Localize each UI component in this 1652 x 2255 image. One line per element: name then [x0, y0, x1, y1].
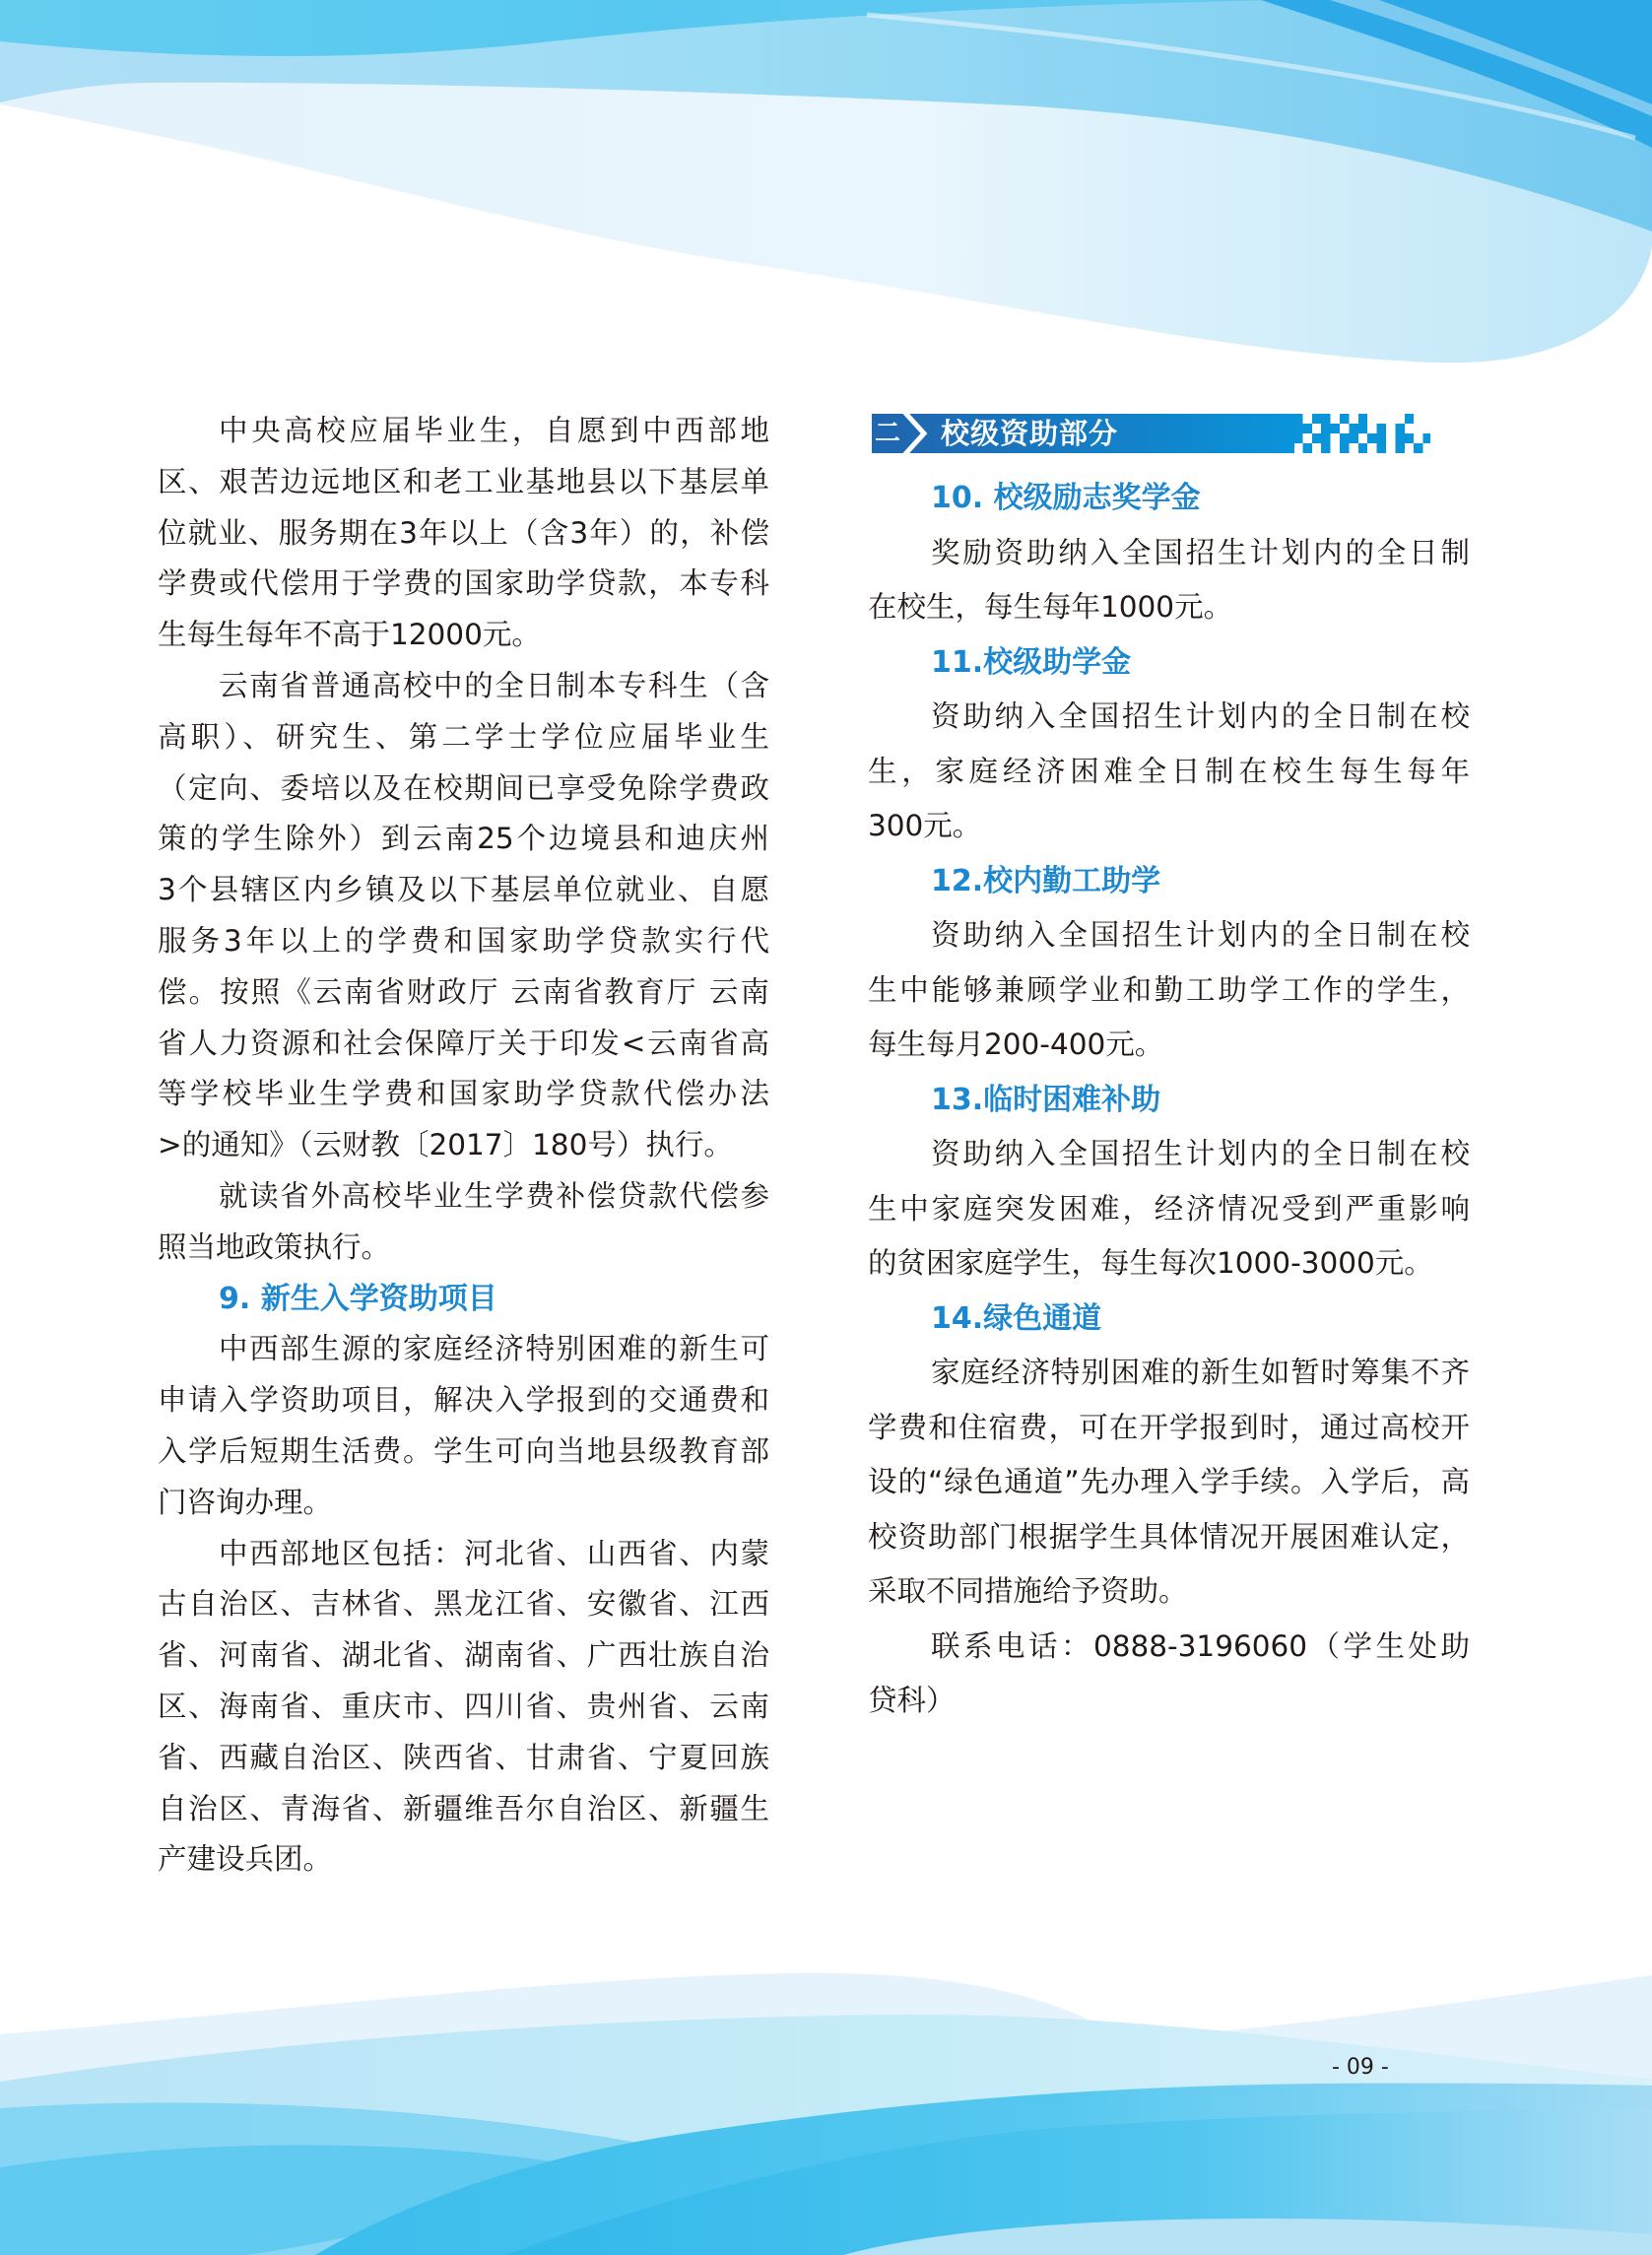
- text-line: 学费和住宿费，可在开学报到时，通过高校开: [868, 1401, 1470, 1456]
- text-line: 入学后短期生活费。学生可向当地县级教育部: [158, 1426, 769, 1478]
- text-line: 家庭经济特别困难的新生如暂时筹集不齐: [868, 1346, 1470, 1401]
- section-heading-13: 13.临时困难补助: [868, 1073, 1470, 1128]
- text-line: 中西部地区包括：河北省、山西省、内蒙: [158, 1529, 769, 1580]
- left-column: 中央高校应届毕业生，自愿到中西部地 区、艰苦边远地区和老工业基地县以下基层单 位…: [158, 406, 769, 1886]
- text-line: 中央高校应届毕业生，自愿到中西部地: [158, 406, 769, 457]
- text-line: 设的“绿色通道”先办理入学手续。入学后，高: [868, 1455, 1470, 1510]
- text-line: 中西部生源的家庭经济特别困难的新生可: [158, 1324, 769, 1375]
- text-line: 资助纳入全国招生计划内的全日制在校: [868, 1127, 1470, 1182]
- text-line: 就读省外高校毕业生学费补偿贷款代偿参: [158, 1171, 769, 1223]
- text-line: 省人力资源和社会保障厅关于印发<云南省高: [158, 1019, 769, 1070]
- section-heading-11: 11.校级助学金: [868, 635, 1470, 691]
- text-line: 的贫困家庭学生，每生每次1000-3000元。: [868, 1236, 1470, 1292]
- text-line: 区、海南省、重庆市、四川省、贵州省、云南: [158, 1682, 769, 1733]
- text-line: 学费或代偿用于学费的国家助学贷款，本专科: [158, 559, 769, 610]
- text-line: 奖励资助纳入全国招生计划内的全日制: [868, 526, 1470, 581]
- right-column: 10. 校级励志奖学金 奖励资助纳入全国招生计划内的全日制 在校生，每生每年10…: [868, 471, 1470, 1729]
- section-title: 校级资助部分: [941, 414, 1118, 453]
- text-line: 省、西藏自治区、陕西省、甘肃省、宁夏回族: [158, 1733, 769, 1784]
- text-line: 资助纳入全国招生计划内的全日制在校: [868, 690, 1470, 745]
- contact-dept-line: 贷科）: [868, 1674, 1470, 1729]
- text-line: 偿。按照《云南省财政厅 云南省教育厅 云南: [158, 967, 769, 1019]
- text-line: 照当地政策执行。: [158, 1223, 769, 1274]
- text-line: 生中家庭突发困难，经济情况受到严重影响: [868, 1182, 1470, 1237]
- section-heading-10: 10. 校级励志奖学金: [868, 471, 1470, 526]
- brochure-page: 中央高校应届毕业生，自愿到中西部地 区、艰苦边远地区和老工业基地县以下基层单 位…: [0, 0, 1652, 2255]
- text-line: 3个县辖区内乡镇及以下基层单位就业、自愿: [158, 865, 769, 916]
- text-line: 每生每月200-400元。: [868, 1018, 1470, 1073]
- text-line: 产建设兵团。: [158, 1834, 769, 1886]
- item-school-grant: 11.校级助学金 资助纳入全国招生计划内的全日制在校 生，家庭经济困难全日制在校…: [868, 635, 1470, 854]
- text-line: 策的学生除外）到云南25个边境县和迪庆州: [158, 814, 769, 865]
- text-line: 等学校毕业生学费和国家助学贷款代偿办法: [158, 1069, 769, 1120]
- text-line: 校资助部门根据学生具体情况开展困难认定，: [868, 1510, 1470, 1565]
- text-line: 服务3年以上的学费和国家助学贷款实行代: [158, 916, 769, 967]
- section-heading-9: 9. 新生入学资助项目: [158, 1274, 769, 1325]
- text-line: 生每生每年不高于12000元。: [158, 610, 769, 661]
- text-line: 高职）、研究生、第二学士学位应届毕业生: [158, 712, 769, 763]
- text-line: 300元。: [868, 799, 1470, 854]
- text-line: 生中能够兼顾学业和勤工助学工作的学生，: [868, 963, 1470, 1019]
- text-line: 申请入学资助项目，解决入学报到的交通费和: [158, 1375, 769, 1426]
- item-work-study: 12.校内勤工助学 资助纳入全国招生计划内的全日制在校 生中能够兼顾学业和勤工助…: [868, 854, 1470, 1073]
- item-emergency-subsidy: 13.临时困难补助 资助纳入全国招生计划内的全日制在校 生中家庭突发困难，经济情…: [868, 1073, 1470, 1292]
- contact-info: 联系电话：0888-3196060（学生处助 贷科）: [868, 1620, 1470, 1729]
- checker-pattern-icon: [1293, 414, 1430, 453]
- text-line: 古自治区、吉林省、黑龙江省、安徽省、江西: [158, 1579, 769, 1630]
- item-school-scholarship: 10. 校级励志奖学金 奖励资助纳入全国招生计划内的全日制 在校生，每生每年10…: [868, 471, 1470, 635]
- page-number: - 09 -: [1332, 2055, 1389, 2081]
- text-line: 资助纳入全国招生计划内的全日制在校: [868, 908, 1470, 963]
- text-line: 位就业、服务期在3年以上（含3年）的，补偿: [158, 508, 769, 560]
- text-line: 在校生，每生每年1000元。: [868, 580, 1470, 635]
- paragraph-out-of-province: 就读省外高校毕业生学费补偿贷款代偿参 照当地政策执行。: [158, 1171, 769, 1274]
- text-line: >的通知》（云财教〔2017〕180号）执行。: [158, 1120, 769, 1171]
- section-heading-12: 12.校内勤工助学: [868, 854, 1470, 909]
- item-green-channel: 14.绿色通道 家庭经济特别困难的新生如暂时筹集不齐 学费和住宿费，可在开学报到…: [868, 1292, 1470, 1620]
- text-line: 生，家庭经济困难全日制在校生每生每年: [868, 745, 1470, 800]
- paragraph-regions-list: 中西部地区包括：河北省、山西省、内蒙 古自治区、吉林省、黑龙江省、安徽省、江西 …: [158, 1529, 769, 1887]
- paragraph-new-student-aid: 中西部生源的家庭经济特别困难的新生可 申请入学资助项目，解决入学报到的交通费和 …: [158, 1324, 769, 1528]
- section-heading-14: 14.绿色通道: [868, 1292, 1470, 1347]
- paragraph-graduate-compensation: 中央高校应届毕业生，自愿到中西部地 区、艰苦边远地区和老工业基地县以下基层单 位…: [158, 406, 769, 661]
- section-index: 二: [872, 414, 903, 453]
- text-line: 区、艰苦边远地区和老工业基地县以下基层单: [158, 457, 769, 508]
- text-line: （定向、委培以及在校期间已享受免除学费政: [158, 763, 769, 815]
- text-line: 省、河南省、湖北省、湖南省、广西壮族自治: [158, 1630, 769, 1682]
- paragraph-yunnan-compensation: 云南省普通高校中的全日制本专科生（含 高职）、研究生、第二学士学位应届毕业生 （…: [158, 661, 769, 1171]
- text-line: 采取不同措施给予资助。: [868, 1564, 1470, 1620]
- section-banner: 二 校级资助部分: [872, 414, 1430, 453]
- text-line: 自治区、青海省、新疆维吾尔自治区、新疆生: [158, 1784, 769, 1835]
- text-line: 门咨询办理。: [158, 1478, 769, 1529]
- contact-phone-line: 联系电话：0888-3196060（学生处助: [868, 1620, 1470, 1675]
- text-line: 云南省普通高校中的全日制本专科生（含: [158, 661, 769, 712]
